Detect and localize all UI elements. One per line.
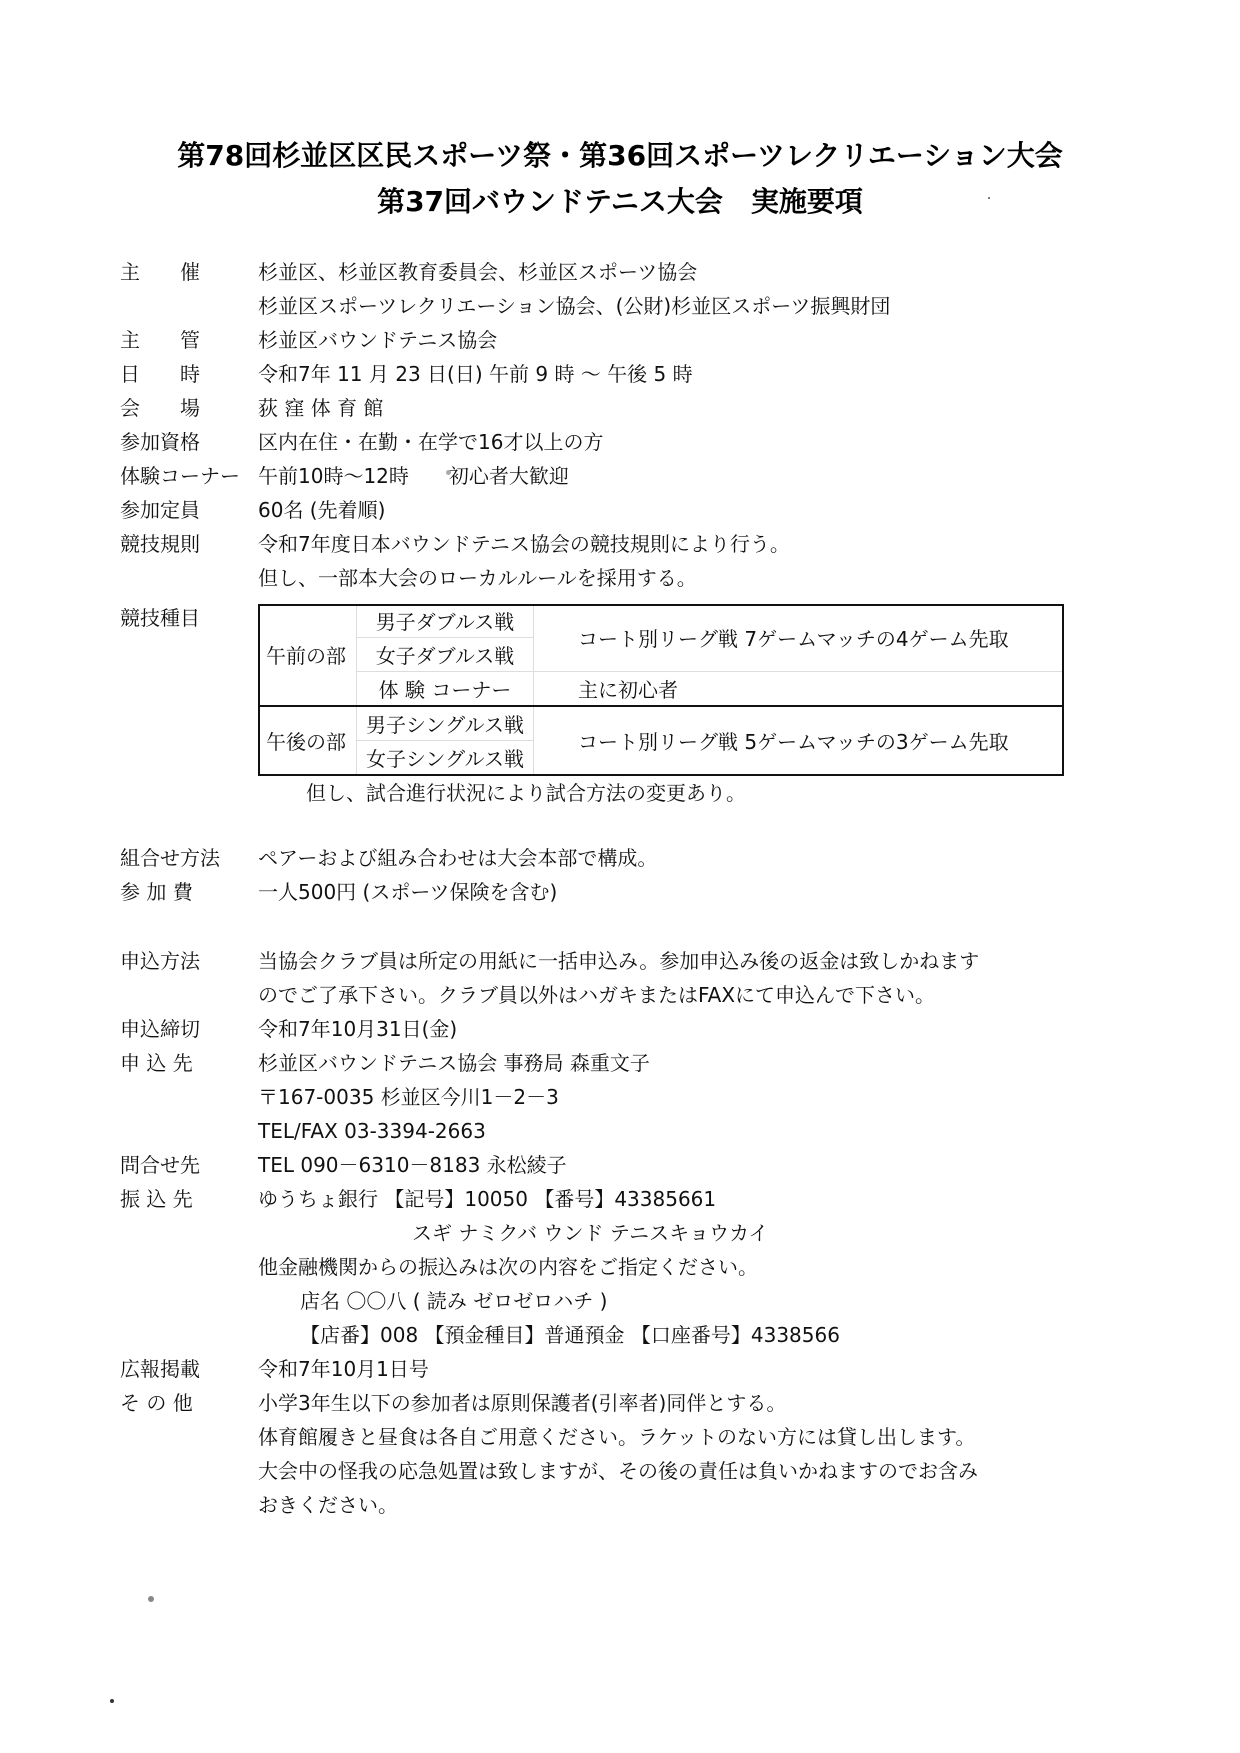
field-value: 〒167-0035 杉並区今川1－2－3 [258, 1082, 559, 1112]
table-row: 午後の部 男子シングルス戦 コート別リーグ戦 5ゲームマッチの3ゲーム先取 [258, 706, 1064, 741]
field-value: TEL 090－6310－8183 永松綾子 [258, 1150, 567, 1180]
field-value: おきください。 [258, 1490, 398, 1520]
field-label: 参 加 費 [120, 877, 260, 907]
field-value: 小学3年生以下の参加者は原則保護者(引率者)同伴とする。 [258, 1388, 786, 1418]
field-label: 問合せ先 [120, 1150, 260, 1180]
field-value: TEL/FAX 03-3394-2663 [258, 1116, 486, 1146]
field-label: 振 込 先 [120, 1184, 260, 1214]
transfer-account-kana: スギ ナミクバ ウンド テニスキョウカイ [412, 1218, 768, 1248]
field-label: 体験コーナー [120, 461, 260, 491]
field-label: 競技規則 [120, 529, 260, 559]
field-value: 60名 (先着順) [258, 495, 385, 525]
field-value: 令和7年10月1日号 [258, 1354, 429, 1384]
field-value: 杉並区バウンドテニス協会 事務局 森重文子 [258, 1048, 650, 1078]
field-value: 杉並区バウンドテニス協会 [258, 325, 497, 355]
field-label: 申 込 先 [120, 1048, 260, 1078]
field-label: 申込締切 [120, 1014, 260, 1044]
field-value: 令和7年10月31日(金) [258, 1014, 457, 1044]
field-value: のでご了承下さい。クラブ員以外はハガキまたはFAXにて申込んで下さい。 [258, 980, 935, 1010]
field-label: 参加定員 [120, 495, 260, 525]
field-label: 組合せ方法 [120, 843, 260, 873]
field-value: 荻 窪 体 育 館 [258, 393, 383, 423]
events-table: 午前の部 男子ダブルス戦 コート別リーグ戦 7ゲームマッチの4ゲーム先取 女子ダ… [258, 604, 1064, 775]
field-label: 会 場 [120, 393, 260, 423]
scan-speck [110, 1699, 114, 1703]
table-row: 午前の部 男子ダブルス戦 コート別リーグ戦 7ゲームマッチの4ゲーム先取 [258, 604, 1064, 638]
scan-speck [446, 470, 451, 475]
event-name: 体 験 コーナー [357, 672, 534, 707]
field-value: 杉並区、杉並区教育委員会、杉並区スポーツ協会 [258, 257, 697, 287]
field-value: 但し、一部本大会のローカルルールを採用する。 [258, 563, 697, 593]
field-label: 日 時 [120, 359, 260, 389]
event-name: 女子ダブルス戦 [357, 638, 534, 672]
scan-speck [988, 197, 990, 199]
scan-speck [148, 1596, 154, 1602]
transfer-detail: 【店番】008 【預金種目】普通預金 【口座番号】4338566 [300, 1320, 840, 1350]
events-note: 但し、試合進行状況により試合方法の変更あり。 [306, 778, 746, 808]
event-rule: 主に初心者 [534, 672, 1065, 707]
field-value: 区内在住・在勤・在学で16才以上の方 [258, 427, 603, 457]
transfer-other-note: 他金融機関からの振込みは次の内容をご指定ください。 [258, 1252, 758, 1282]
field-value: 一人500円 (スポーツ保険を含む) [258, 877, 557, 907]
field-label: 競技種目 [120, 603, 260, 633]
field-value: 杉並区スポーツレクリエーション協会、(公財)杉並区スポーツ振興財団 [258, 291, 890, 321]
event-name: 男子シングルス戦 [357, 706, 534, 741]
division-afternoon: 午後の部 [258, 706, 357, 774]
field-value: 令和7年度日本バウンドテニス協会の競技規則により行う。 [258, 529, 790, 559]
field-value: 令和7年 11 月 23 日(日) 午前 9 時 ～ 午後 5 時 [258, 359, 693, 389]
field-value: ペアーおよび組み合わせは大会本部で構成。 [258, 843, 657, 873]
field-value: 大会中の怪我の応急処置は致しますが、その後の責任は負いかねますのでお含み [258, 1456, 978, 1486]
field-value: ゆうちょ銀行 【記号】10050 【番号】43385661 [258, 1184, 716, 1214]
field-label: 参加資格 [120, 427, 260, 457]
field-label: 申込方法 [120, 946, 260, 976]
division-morning: 午前の部 [258, 604, 357, 706]
event-rule: コート別リーグ戦 5ゲームマッチの3ゲーム先取 [534, 706, 1065, 774]
field-value: 当協会クラブ員は所定の用紙に一括申込み。参加申込み後の返金は致しかねます [258, 946, 979, 976]
event-name: 男子ダブルス戦 [357, 604, 534, 638]
title-line-2: 第37回バウンドテニス大会 実施要項 [0, 180, 1240, 220]
field-value: 体育館履きと昼食は各自ご用意ください。ラケットのない方には貸し出します。 [258, 1422, 975, 1452]
transfer-branch: 店名 〇〇八 ( 読み ゼロゼロハチ ) [300, 1286, 607, 1316]
title-line-1: 第78回杉並区区民スポーツ祭・第36回スポーツレクリエーション大会 [0, 134, 1240, 174]
field-label: 主 催 [120, 257, 260, 287]
field-value: 午前10時～12時 初心者大歓迎 [258, 461, 569, 491]
field-label: そ の 他 [120, 1388, 260, 1418]
field-label: 主 管 [120, 325, 260, 355]
table-row: 体 験 コーナー 主に初心者 [258, 672, 1064, 707]
event-rule: コート別リーグ戦 7ゲームマッチの4ゲーム先取 [534, 604, 1065, 672]
field-label: 広報掲載 [120, 1354, 260, 1384]
event-name: 女子シングルス戦 [357, 741, 534, 775]
